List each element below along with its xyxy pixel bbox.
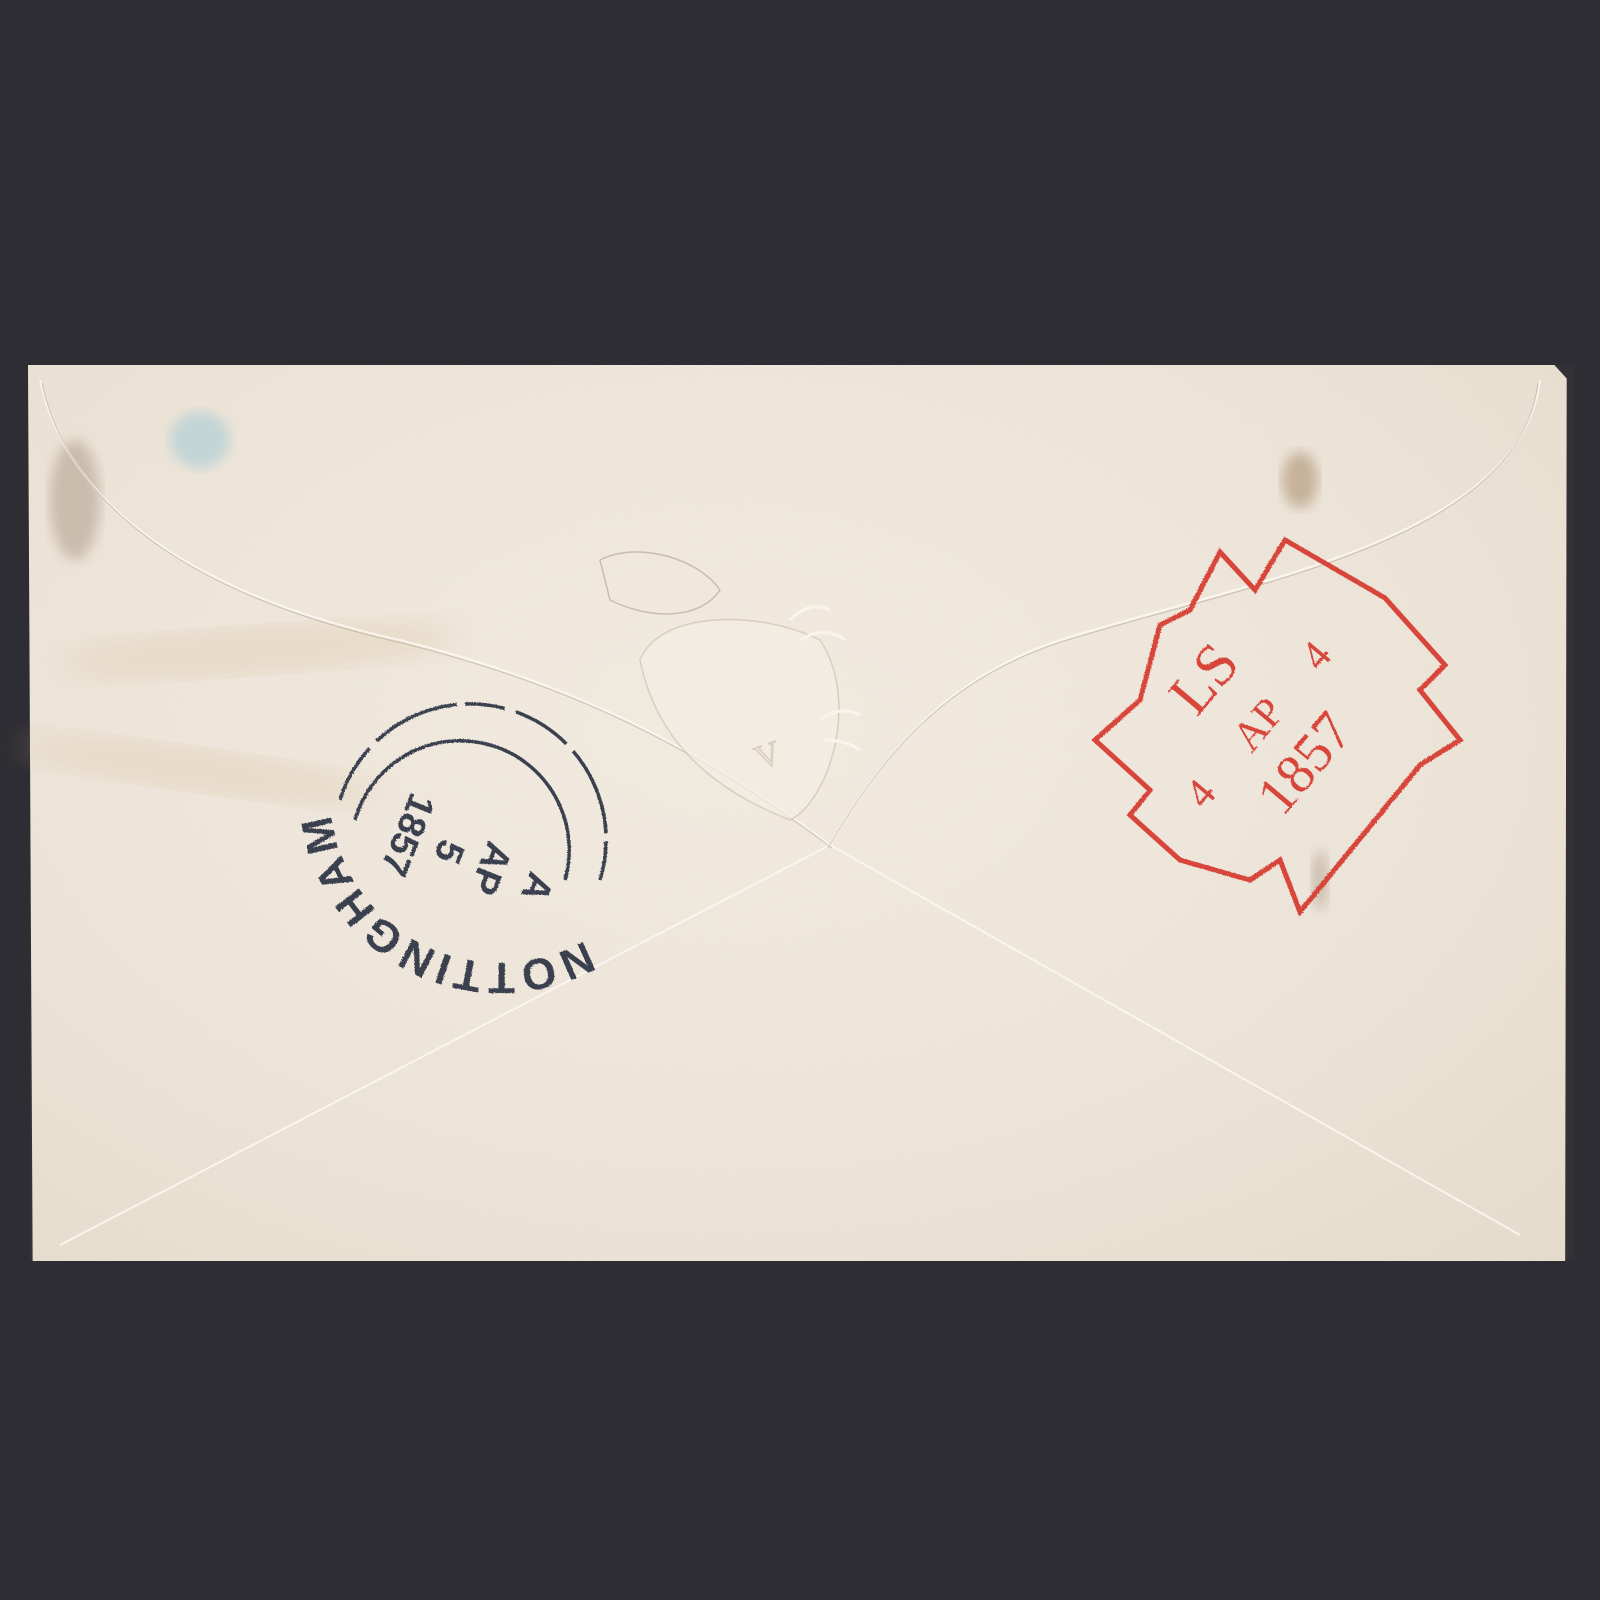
brown-spot [1282, 452, 1318, 508]
photo-scene: V LS 4 AP 4 1857 NOTTINGHAM A [0, 0, 1600, 1600]
paper-texture [30, 365, 1575, 1260]
envelope-details: V LS 4 AP 4 1857 NOTTINGHAM A [0, 0, 1600, 1600]
blue-stain [170, 412, 230, 468]
